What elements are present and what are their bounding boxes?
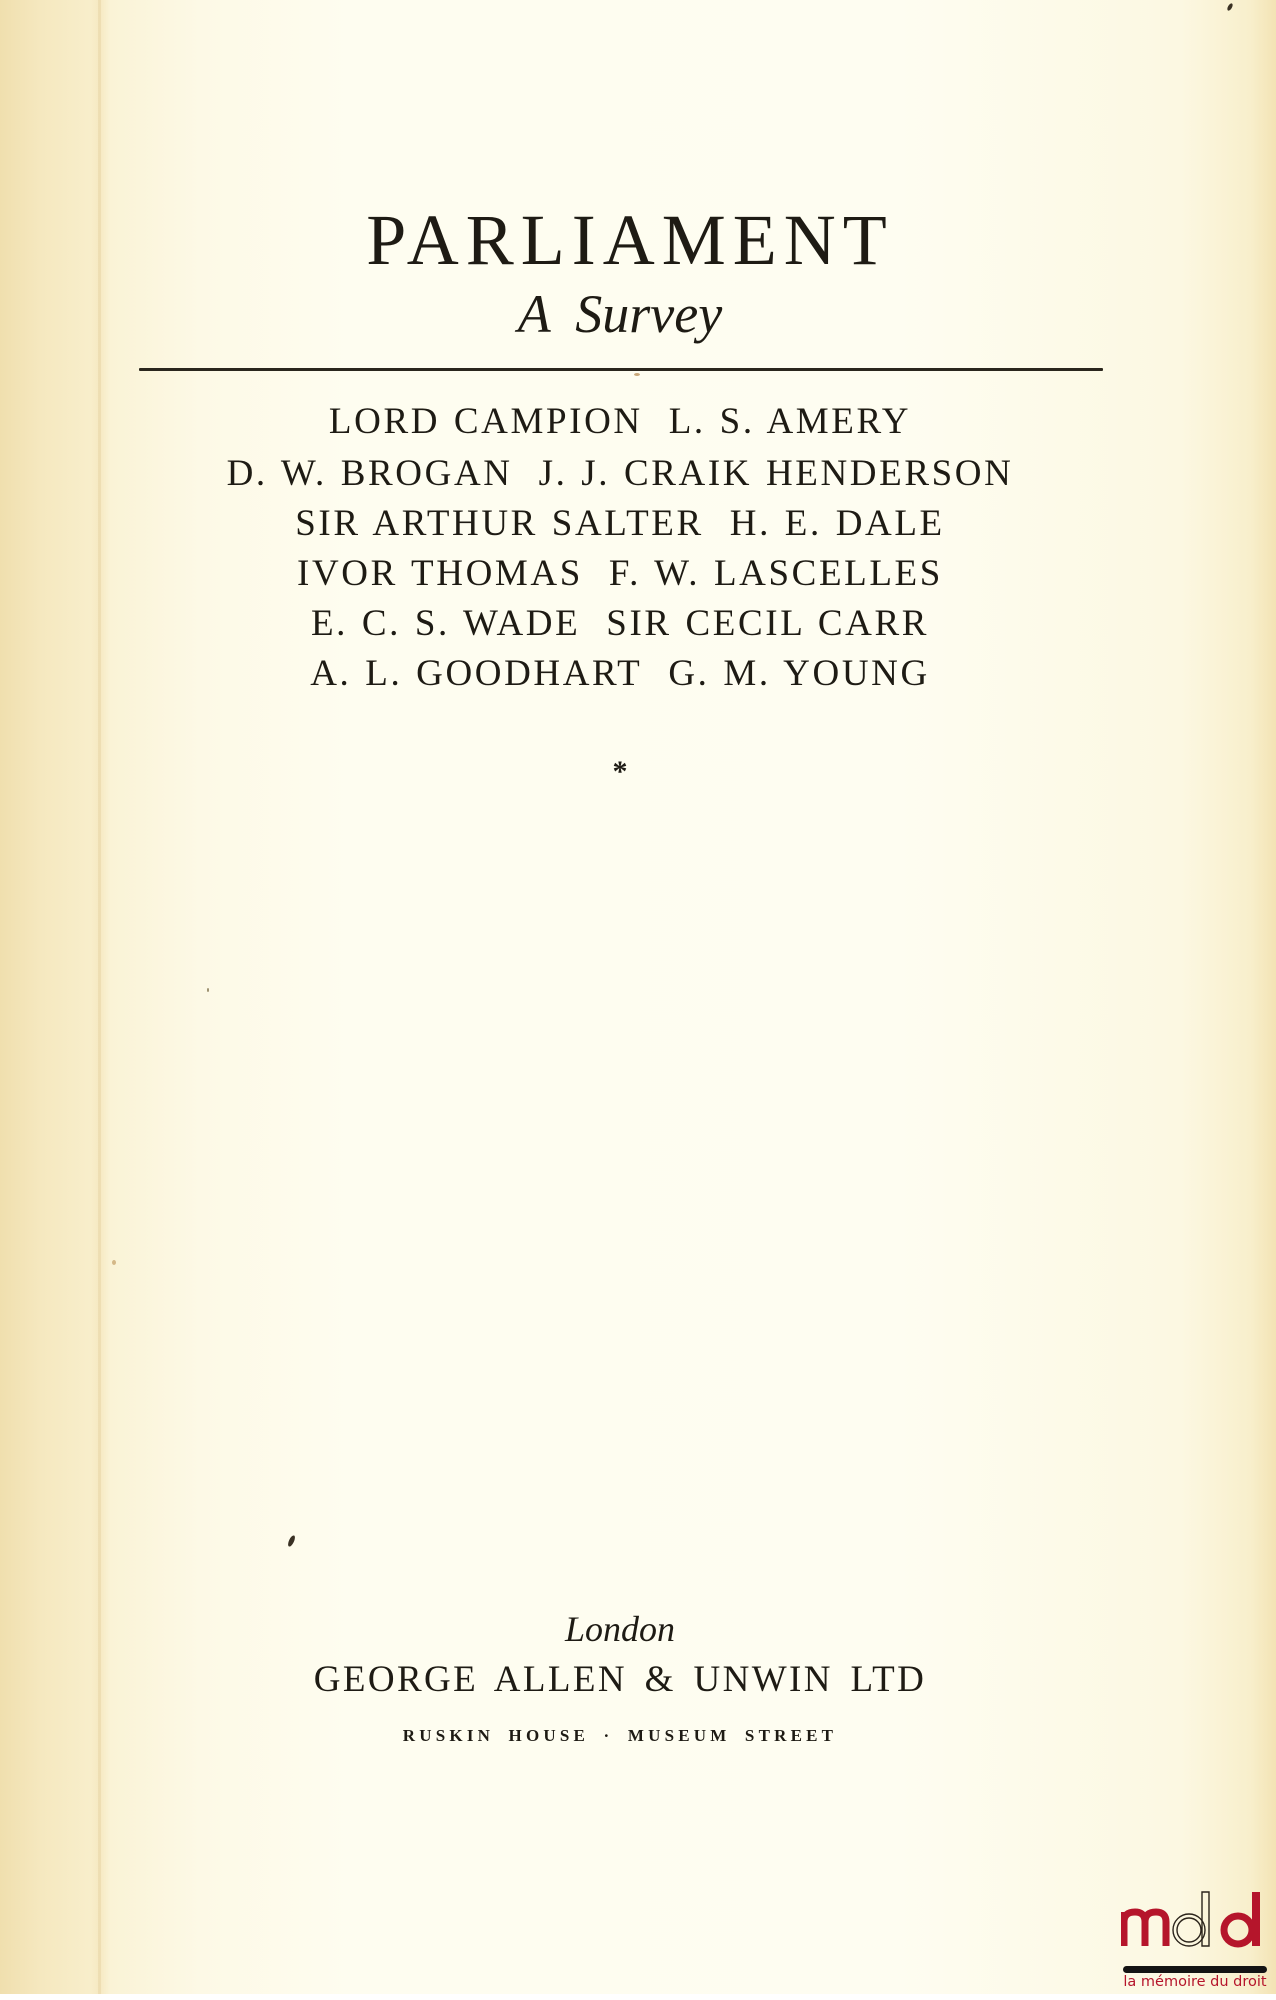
author-row: IVOR THOMASF. W. LASCELLES <box>0 555 1240 592</box>
author-name: E. C. S. WADE <box>311 603 580 644</box>
imprint-city: London <box>0 1611 1240 1647</box>
author-name: F. W. LASCELLES <box>609 553 943 594</box>
paper-speck <box>112 1260 116 1265</box>
paper-speck <box>287 1535 297 1548</box>
imprint-publisher: GEORGE ALLEN & UNWIN LTD <box>0 1661 1240 1698</box>
author-name: H. E. DALE <box>730 503 945 544</box>
author-row: E. C. S. WADESIR CECIL CARR <box>0 605 1240 642</box>
author-name: L. S. AMERY <box>669 401 911 442</box>
author-name: LORD CAMPION <box>329 401 643 442</box>
author-name: J. J. CRAIK HENDERSON <box>539 453 1014 494</box>
author-row: D. W. BROGANJ. J. CRAIK HENDERSON <box>0 455 1240 492</box>
asterisk-ornament-icon: * <box>0 757 1240 787</box>
author-name: SIR CECIL CARR <box>606 603 929 644</box>
author-name: D. W. BROGAN <box>227 453 513 494</box>
paper-speck <box>207 988 209 992</box>
mdd-logo-icon <box>1121 1884 1269 1974</box>
mdd-watermark-logo: la mémoire du droit <box>1121 1884 1269 1994</box>
author-row: LORD CAMPIONL. S. AMERY <box>0 403 1240 440</box>
author-name: G. M. YOUNG <box>668 653 929 694</box>
imprint-address: RUSKIN HOUSE · MUSEUM STREET <box>0 1727 1240 1744</box>
paper-speck <box>634 373 640 376</box>
author-row: SIR ARTHUR SALTERH. E. DALE <box>0 505 1240 542</box>
title-rule-divider <box>139 368 1103 371</box>
author-row: A. L. GOODHARTG. M. YOUNG <box>0 655 1240 692</box>
book-subtitle: A Survey <box>0 287 1240 341</box>
title-page: PARLIAMENT A Survey LORD CAMPIONL. S. AM… <box>0 0 1276 1994</box>
book-title: PARLIAMENT <box>0 204 1250 276</box>
paper-speck <box>1226 3 1233 12</box>
author-name: SIR ARTHUR SALTER <box>295 503 704 544</box>
author-name: IVOR THOMAS <box>297 553 583 594</box>
logo-tagline: la mémoire du droit <box>1121 1975 1269 1990</box>
scan-border <box>0 1994 1276 2000</box>
author-name: A. L. GOODHART <box>310 653 642 694</box>
